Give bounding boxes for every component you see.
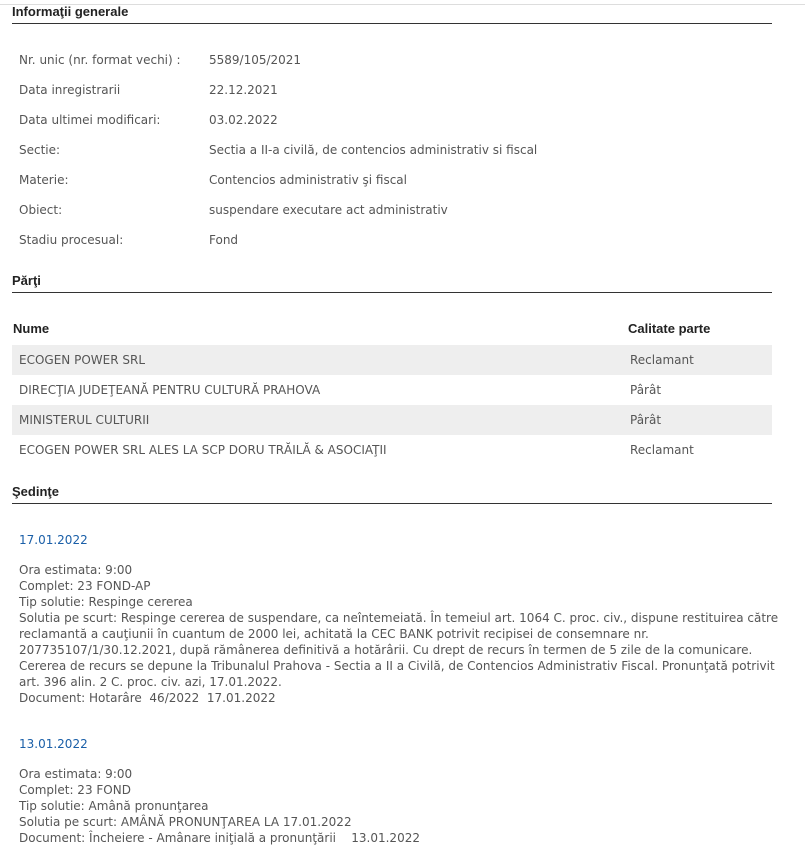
party-role: Pârât <box>630 413 772 427</box>
info-label: Data inregistrarii <box>12 83 209 97</box>
info-section: Informaţii generale <box>12 4 772 24</box>
info-value: Contencios administrativ şi fiscal <box>209 173 772 187</box>
sedinte-section-title: Şedinţe <box>12 484 772 504</box>
info-value: 5589/105/2021 <box>209 53 772 67</box>
info-value: Sectia a II-a civilă, de contencios admi… <box>209 143 772 157</box>
party-role: Reclamant <box>630 353 772 367</box>
header-calitate-parte: Calitate parte <box>628 321 772 336</box>
info-row-data-inregistrarii: Data inregistrarii 22.12.2021 <box>12 75 772 105</box>
info-value: 03.02.2022 <box>209 113 772 127</box>
header-nume: Nume <box>12 321 628 336</box>
info-table: Nr. unic (nr. format vechi) : 5589/105/2… <box>12 45 772 255</box>
parti-section: Părţi <box>12 273 772 293</box>
party-name: MINISTERUL CULTURII <box>12 413 630 427</box>
table-row: ECOGEN POWER SRL ALES LA SCP DORU TRĂILĂ… <box>12 435 772 465</box>
sedinta-complet: Complet: 23 FOND <box>19 782 799 798</box>
info-row-nr-unic: Nr. unic (nr. format vechi) : 5589/105/2… <box>12 45 772 75</box>
sedinta-ora: Ora estimata: 9:00 <box>19 562 799 578</box>
info-row-obiect: Obiect: suspendare executare act adminis… <box>12 195 772 225</box>
info-row-sectie: Sectie: Sectia a II-a civilă, de contenc… <box>12 135 772 165</box>
info-row-data-modificari: Data ultimei modificari: 03.02.2022 <box>12 105 772 135</box>
info-label: Nr. unic (nr. format vechi) : <box>12 53 209 67</box>
table-row: MINISTERUL CULTURII Pârât <box>12 405 772 435</box>
table-row: ECOGEN POWER SRL Reclamant <box>12 345 772 375</box>
sedinta-tip-solutie: Tip solutie: Respinge cererea <box>19 594 799 610</box>
info-label: Materie: <box>12 173 209 187</box>
sedinte-section: Şedinţe <box>12 484 772 504</box>
sedinta-ora: Ora estimata: 9:00 <box>19 766 799 782</box>
sedinta-details: Ora estimata: 9:00 Complet: 23 FOND Tip … <box>19 766 799 846</box>
party-role: Pârât <box>630 383 772 397</box>
sedinta-document: Document: Hotarâre 46/2022 17.01.2022 <box>19 690 799 706</box>
sedinta-complet: Complet: 23 FOND-AP <box>19 578 799 594</box>
party-role: Reclamant <box>630 443 772 457</box>
sedinta-solutie-scurt: Solutia pe scurt: AMÂNĂ PRONUNŢAREA LA 1… <box>19 814 799 830</box>
info-value: suspendare executare act administrativ <box>209 203 772 217</box>
info-value: Fond <box>209 233 772 247</box>
info-section-title: Informaţii generale <box>12 4 772 24</box>
party-name: DIRECŢIA JUDEŢEANĂ PENTRU CULTURĂ PRAHOV… <box>12 383 630 397</box>
info-label: Data ultimei modificari: <box>12 113 209 127</box>
sedinta-item: 17.01.2022 Ora estimata: 9:00 Complet: 2… <box>19 532 799 706</box>
parti-table-header: Nume Calitate parte <box>12 312 772 345</box>
info-label: Stadiu procesual: <box>12 233 209 247</box>
parti-section-title: Părţi <box>12 273 772 293</box>
info-row-stadiu: Stadiu procesual: Fond <box>12 225 772 255</box>
sedinta-date: 17.01.2022 <box>19 532 799 548</box>
sedinta-solutie-scurt: Solutia pe scurt: Respinge cererea de su… <box>19 610 794 690</box>
party-name: ECOGEN POWER SRL <box>12 353 630 367</box>
sedinta-details: Ora estimata: 9:00 Complet: 23 FOND-AP T… <box>19 562 799 706</box>
info-label: Sectie: <box>12 143 209 157</box>
sedinta-tip-solutie: Tip solutie: Amână pronunţarea <box>19 798 799 814</box>
info-label: Obiect: <box>12 203 209 217</box>
info-value: 22.12.2021 <box>209 83 772 97</box>
sedinta-item: 13.01.2022 Ora estimata: 9:00 Complet: 2… <box>19 736 799 846</box>
sedinta-date: 13.01.2022 <box>19 736 799 752</box>
parti-table: Nume Calitate parte ECOGEN POWER SRL Rec… <box>12 312 772 465</box>
table-row: DIRECŢIA JUDEŢEANĂ PENTRU CULTURĂ PRAHOV… <box>12 375 772 405</box>
sedinta-document: Document: Încheiere - Amânare iniţială a… <box>19 830 799 846</box>
info-row-materie: Materie: Contencios administrativ şi fis… <box>12 165 772 195</box>
party-name: ECOGEN POWER SRL ALES LA SCP DORU TRĂILĂ… <box>12 443 630 457</box>
